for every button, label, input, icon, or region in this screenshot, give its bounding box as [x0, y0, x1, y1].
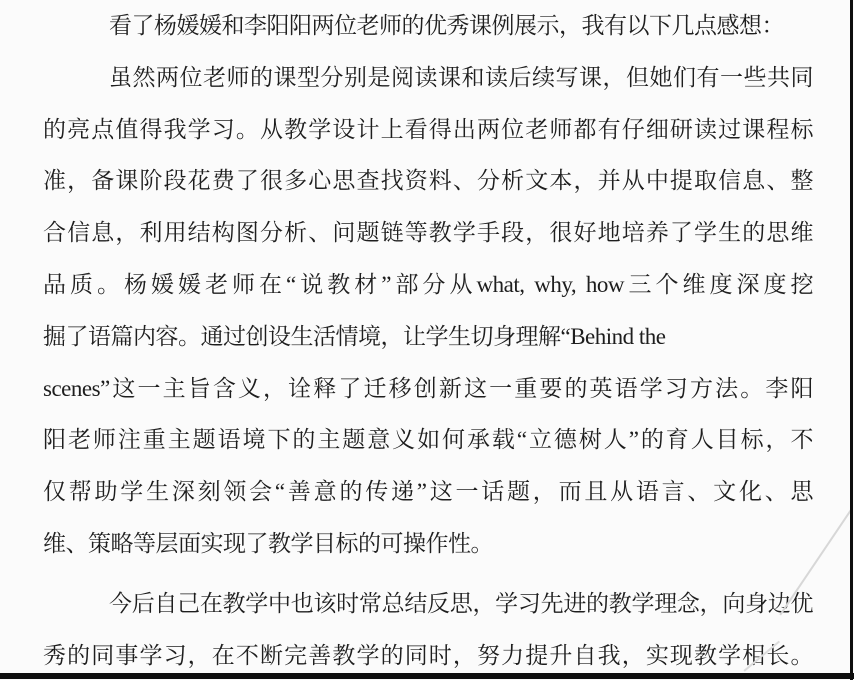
text-line: 虽然两位老师的课型分别是阅读课和读后续写课，但她们有一些共同: [43, 52, 813, 104]
text-line: 维、策略等层面实现了教学目标的可操作性。: [43, 518, 813, 570]
text-line: 看了杨媛媛和李阳阳两位老师的优秀课例展示，我有以下几点感想：: [43, 0, 813, 52]
paragraph: 今后自己在教学中也该时常总结反思，学习先进的教学理念，向身边优秀的同事学习，在不…: [43, 578, 813, 680]
right-border-line: [850, 0, 853, 680]
text-line: 阳老师注重主题语境下的主题意义如何承载“立德树人”的育人目标，不: [43, 414, 813, 466]
paragraph: 虽然两位老师的课型分别是阅读课和读后续写课，但她们有一些共同的亮点值得我学习。从…: [43, 52, 813, 570]
text-line: 仅帮助学生深刻领会“善意的传递”这一话题，而且从语言、文化、思: [43, 466, 813, 518]
text-line: 品质。杨媛媛老师在“说教材”部分从what, why, how三个维度深度挖: [43, 259, 813, 311]
text-line: 今后自己在教学中也该时常总结反思，学习先进的教学理念，向身边优: [43, 578, 813, 630]
bottom-border-bar: [0, 673, 854, 679]
text-line: 合信息，利用结构图分析、问题链等教学手段，很好地培养了学生的思维: [43, 207, 813, 259]
text-line: scenes”这一主旨含义，诠释了迁移创新这一重要的英语学习方法。李阳: [43, 363, 813, 415]
paragraph: 看了杨媛媛和李阳阳两位老师的优秀课例展示，我有以下几点感想：: [43, 0, 813, 52]
text-line: 的亮点值得我学习。从教学设计上看得出两位老师都有仔细研读过课程标: [43, 104, 813, 156]
text-line: 准，备课阶段花费了很多心思查找资料、分析文本，并从中提取信息、整: [43, 155, 813, 207]
document-page: 看了杨媛媛和李阳阳两位老师的优秀课例展示，我有以下几点感想：虽然两位老师的课型分…: [0, 0, 854, 680]
text-line: 掘了语篇内容。通过创设生活情境，让学生切身理解“Behind the: [43, 311, 813, 363]
document-text-block: 看了杨媛媛和李阳阳两位老师的优秀课例展示，我有以下几点感想：虽然两位老师的课型分…: [43, 0, 813, 680]
